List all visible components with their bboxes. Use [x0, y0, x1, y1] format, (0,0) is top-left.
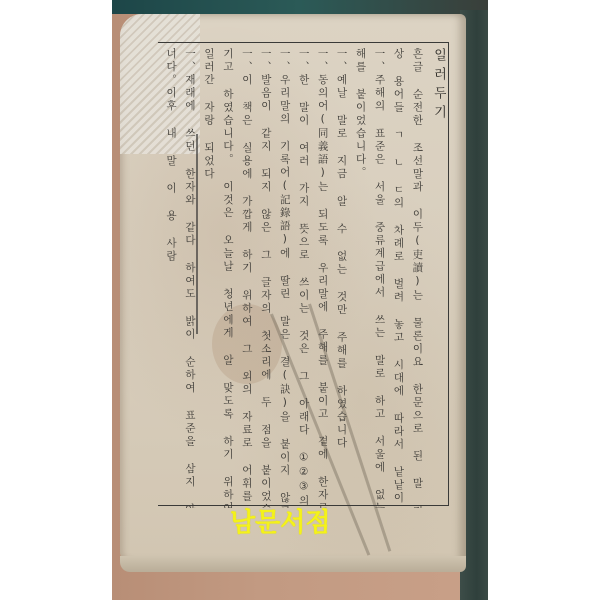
text-column: 一、우리말의 기록어(記錄語)에 딸린 말은 결(訣)을 붙이지 않고 그 줄에…: [280, 48, 293, 508]
text-column: 상 용어들 ㄱ ㄴ ㄷ의 차례로 벌려 놓고 시대에 따라서 낱낱이 우리말로 …: [394, 48, 407, 508]
text-column: 一、이 책은 실용에 가깝게 하기 위하여 그 외의 자료로 어휘를 오늘날 한…: [242, 48, 255, 508]
book-cover-top: [112, 0, 488, 14]
text-column: 一、한 말이 여러 가지 뜻으로 쓰이는 것은 그 아래다 ①②③의 차례로 주…: [299, 48, 312, 508]
page-bottom-edge: [120, 556, 466, 572]
book-page: 일러두기 흔글 순전한 조선말과 이두(吏讀)는 물론이요 한문으로 된 말 기…: [120, 14, 466, 562]
text-column: 一、발음이 같지 되지 않은 그 글자의 첫소리에 두 점을 붙이었습니다: [261, 48, 274, 508]
text-column: 너다。이후 내 말 이 용 사람: [166, 48, 179, 508]
store-watermark: 남문서점: [230, 502, 330, 539]
text-column: 一、주해의 표준은 서울 중류계급에서 쓰는 말로 하고 서울에 없는 말은 그…: [375, 48, 388, 508]
text-column: 해를 붙이었습니다。: [356, 48, 369, 508]
vertical-text-columns: 일러두기 흔글 순전한 조선말과 이두(吏讀)는 물론이요 한문으로 된 말 기…: [160, 48, 446, 508]
text-column: 흔글 순전한 조선말과 이두(吏讀)는 물론이요 한문으로 된 말 기타 외국에…: [412, 48, 425, 508]
text-column: 기고 하였습니다。 이것은 오늘날 청년에게 알 맞도록 하기 위하여 골라 넣…: [223, 48, 236, 508]
page-title: 일러두기: [431, 48, 446, 508]
text-column: 一、재래에 쓰던 한자와 같다 하여도 밝이 순하여 표준을 삼지 아니하고 그…: [185, 48, 198, 508]
text-column: 일러간 자랑 되었다: [204, 48, 217, 508]
text-column: 一、예날 말로 지금 알 수 없는 것만 주해를 하였습니다: [337, 48, 350, 508]
text-column: 一、동의어(同義語)는 되도록 우리말에 주해를 붙이고 곁에 한자로 적었습니…: [318, 48, 331, 508]
